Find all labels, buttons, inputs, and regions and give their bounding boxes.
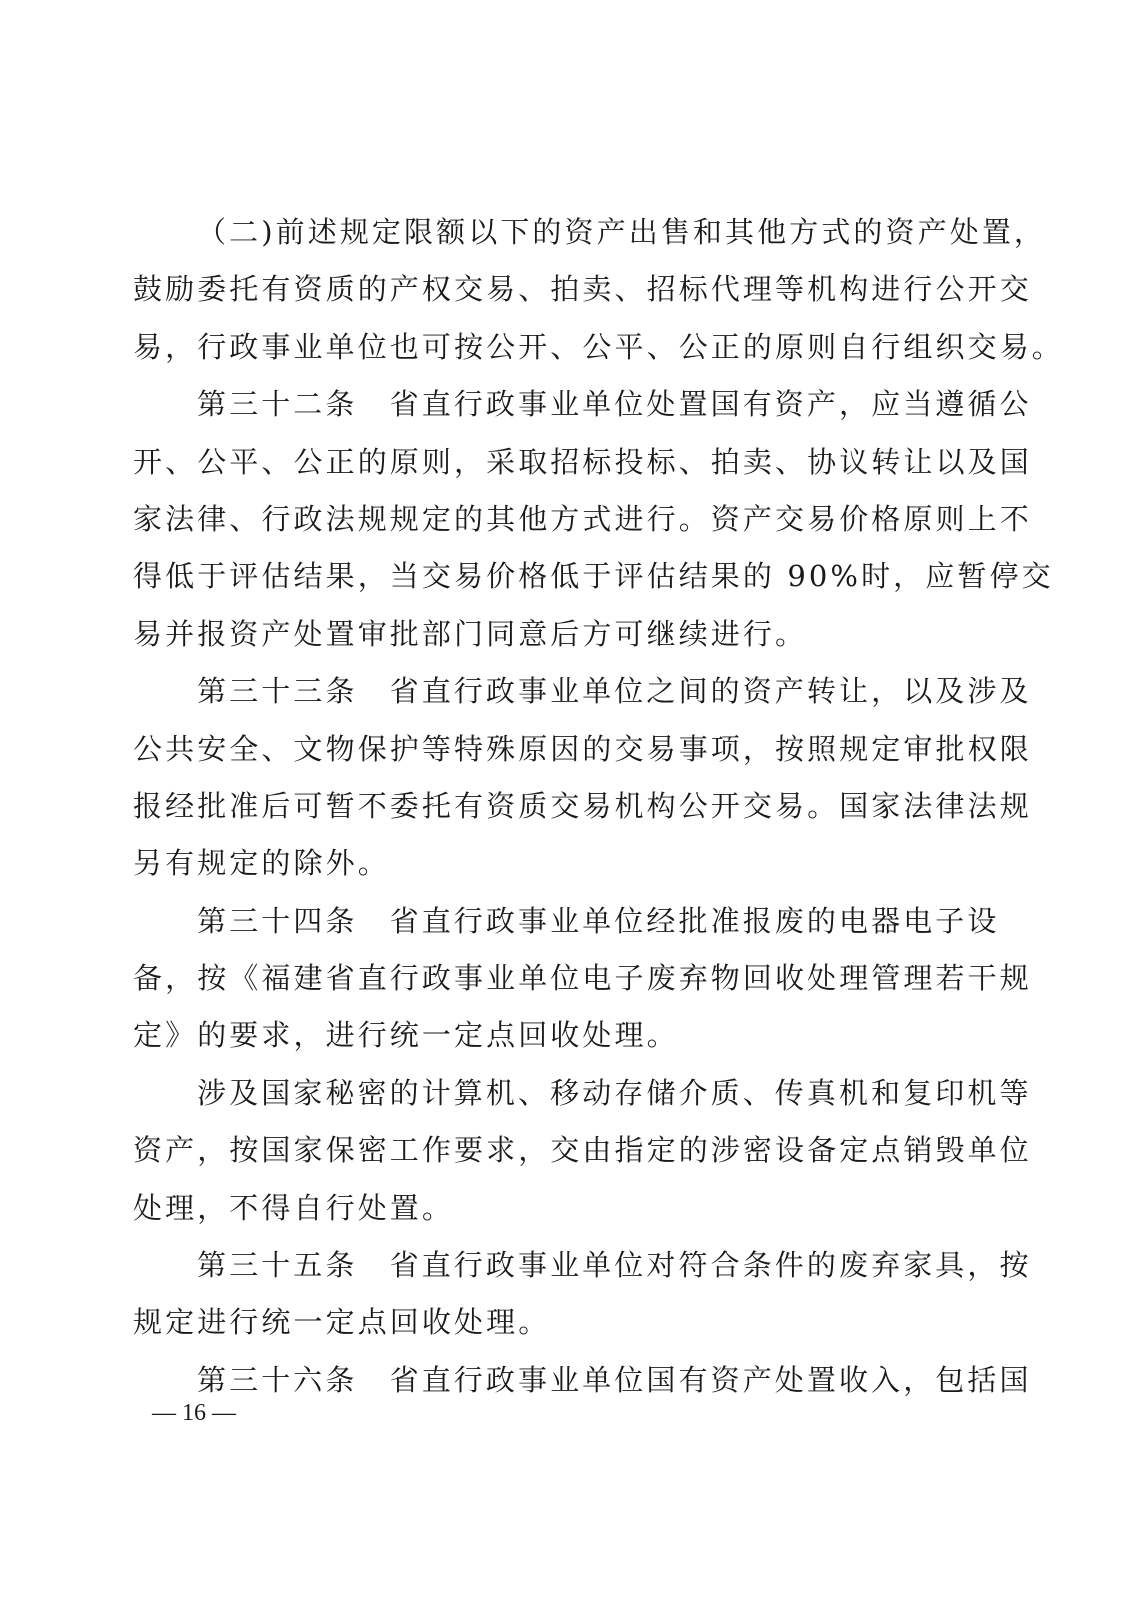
document-body: （二)前述规定限额以下的资产出售和其他方式的资产处置， 鼓励委托有资质的产权交易… xyxy=(133,208,967,1413)
article-35-line-1: 第三十五条 省直行政事业单位对符合条件的废弃家具，按 xyxy=(133,1241,967,1298)
article-34-line-2: 备，按《福建省直行政事业单位电子废弃物回收处理管理若干规 xyxy=(133,954,967,1011)
article-36-line-1: 第三十六条 省直行政事业单位国有资产处置收入，包括国 xyxy=(133,1356,967,1413)
article-34-para-2-line-1: 涉及国家秘密的计算机、移动存储介质、传真机和复印机等 xyxy=(133,1069,967,1126)
article-34-para-2-line-3: 处理，不得自行处置。 xyxy=(133,1184,967,1241)
article-32-line-3: 家法律、行政法规规定的其他方式进行。资产交易价格原则上不 xyxy=(133,495,967,552)
article-32-line-4: 得低于评估结果，当交易价格低于评估结果的 90%时，应暂停交 xyxy=(133,552,967,609)
article-34-line-1: 第三十四条 省直行政事业单位经批准报废的电器电子设 xyxy=(133,897,967,954)
article-32-line-5: 易并报资产处置审批部门同意后方可继续进行。 xyxy=(133,610,967,667)
article-32-line-2: 开、公平、公正的原则，采取招标投标、拍卖、协议转让以及国 xyxy=(133,438,967,495)
page-number: — 16 — xyxy=(152,1393,236,1433)
article-32-line-1: 第三十二条 省直行政事业单位处置国有资产，应当遵循公 xyxy=(133,380,967,437)
document-page: （二)前述规定限额以下的资产出售和其他方式的资产处置， 鼓励委托有资质的产权交易… xyxy=(0,0,1131,1600)
article-34-para-2-line-2: 资产，按国家保密工作要求，交由指定的涉密设备定点销毁单位 xyxy=(133,1126,967,1183)
article-34-line-3: 定》的要求，进行统一定点回收处理。 xyxy=(133,1011,967,1068)
article-33-line-4: 另有规定的除外。 xyxy=(133,839,967,896)
paragraph-item-2-line-2: 鼓励委托有资质的产权交易、拍卖、招标代理等机构进行公开交 xyxy=(133,265,967,322)
paragraph-item-2-line-3: 易，行政事业单位也可按公开、公平、公正的原则自行组织交易。 xyxy=(133,323,967,380)
article-33-line-3: 报经批准后可暂不委托有资质交易机构公开交易。国家法律法规 xyxy=(133,782,967,839)
article-35-line-2: 规定进行统一定点回收处理。 xyxy=(133,1298,967,1355)
article-33-line-2: 公共安全、文物保护等特殊原因的交易事项，按照规定审批权限 xyxy=(133,725,967,782)
article-33-line-1: 第三十三条 省直行政事业单位之间的资产转让，以及涉及 xyxy=(133,667,967,724)
paragraph-item-2-line-1: （二)前述规定限额以下的资产出售和其他方式的资产处置， xyxy=(133,208,967,265)
